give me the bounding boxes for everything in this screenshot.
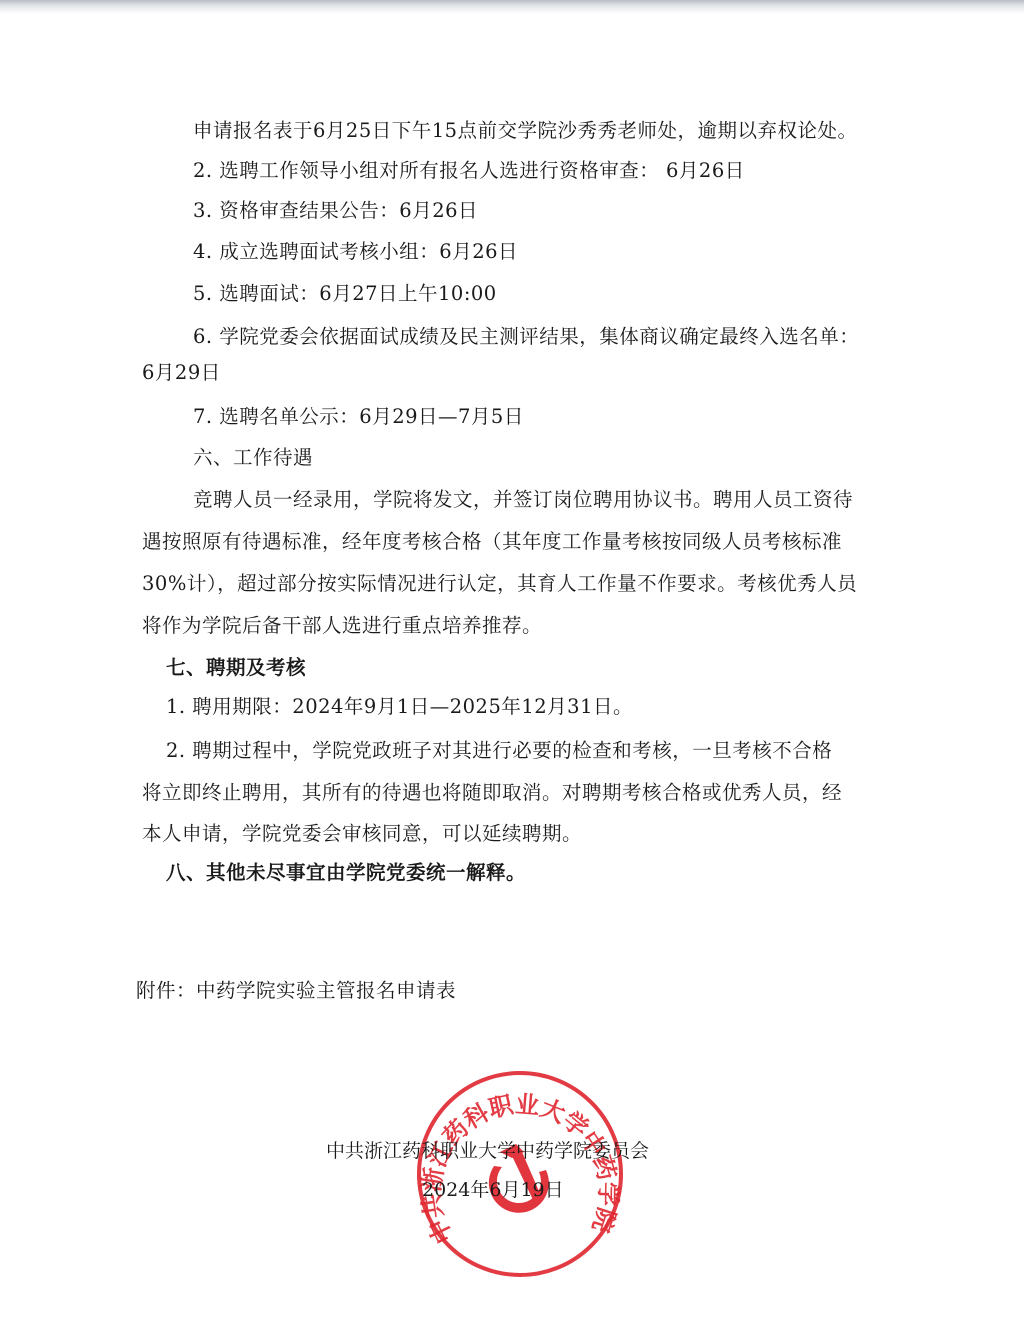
document-line: 本人申请，学院党委会审核同意，可以延续聘期。 xyxy=(142,818,582,846)
document-line: 3. 资格审查结果公告：6月26日 xyxy=(193,195,478,223)
document-line: 八、其他未尽事宜由学院党委统一解释。 xyxy=(166,857,526,885)
document-line: 七、聘期及考核 xyxy=(166,652,306,680)
document-line: 1. 聘用期限：2024年9月1日—2025年12月31日。 xyxy=(166,691,633,719)
document-line: 30%计），超过部分按实际情况进行认定，其育人工作量不作要求。考核优秀人员 xyxy=(142,568,857,596)
signature-org: 中共浙江药科职业大学中药学院委员会 xyxy=(326,1136,649,1163)
attachment-note: 附件：中药学院实验主管报名申请表 xyxy=(136,975,456,1003)
document-line: 6. 学院党委会依据面试成绩及民主测评结果，集体商议确定最终入选名单： xyxy=(193,321,859,349)
scan-top-edge xyxy=(0,0,1024,14)
document-line: 将立即终止聘用，其所有的待遇也将随即取消。对聘期考核合格或优秀人员，经 xyxy=(142,777,842,805)
document-line: 7. 选聘名单公示：6月29日—7月5日 xyxy=(193,401,524,429)
party-seal-stamp: 中共浙江药科职业大学中药学院委员会 xyxy=(414,1068,626,1280)
signature-date: 2024年6月19日 xyxy=(422,1175,564,1202)
document-line: 遇按照原有待遇标准，经年度考核合格（其年度工作量考核按同级人员考核标准 xyxy=(142,526,842,554)
document-line: 2. 选聘工作领导小组对所有报名人选进行资格审查： 6月26日 xyxy=(193,155,745,183)
document-line: 4. 成立选聘面试考核小组：6月26日 xyxy=(193,236,518,264)
document-line: 六、工作待遇 xyxy=(193,442,313,470)
document-line: 将作为学院后备干部人选进行重点培养推荐。 xyxy=(142,610,542,638)
document-line: 5. 选聘面试：6月27日上午10:00 xyxy=(193,278,497,306)
document-line: 2. 聘期过程中，学院党政班子对其进行必要的检查和考核，一旦考核不合格 xyxy=(166,735,832,763)
document-line: 竞聘人员一经录用，学院将发文，并签订岗位聘用协议书。聘用人员工资待 xyxy=(193,484,853,512)
document-line: 6月29日 xyxy=(142,357,221,385)
document-line: 申请报名表于6月25日下午15点前交学院沙秀秀老师处，逾期以弃权论处。 xyxy=(193,115,858,143)
